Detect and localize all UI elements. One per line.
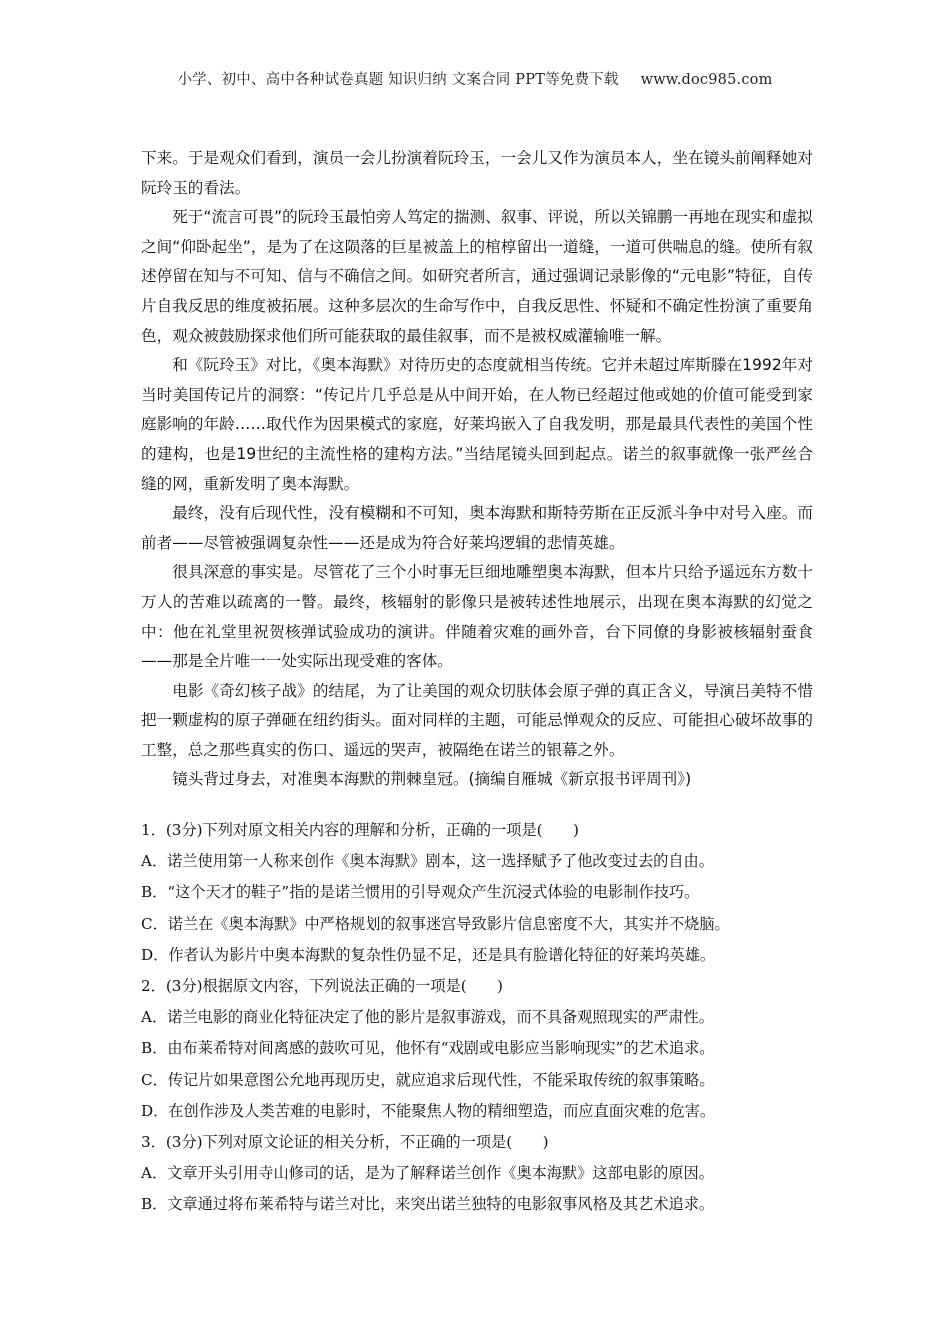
question-2: 2．(3分)根据原文内容，下列说法正确的一项是( ) A．诺兰电影的商业化特征决… [141,971,821,1127]
question-stem: 2．(3分)根据原文内容，下列说法正确的一项是( ) [141,971,821,1002]
article-paragraph: 最终，没有后现代性，没有模糊和不可知，奥本海默和斯特劳斯在正反派斗争中对号入座。… [141,499,813,558]
question-option-a: A．文章开头引用寺山修司的话，是为了解释诺兰创作《奥本海默》这部电影的原因。 [141,1158,821,1189]
question-stem: 3．(3分)下列对原文论证的相关分析，不正确的一项是( ) [141,1127,821,1158]
article-paragraph: 镜头背过身去，对准奥本海默的荆棘皇冠。(摘编自雁城《新京报书评周刊》) [141,765,813,795]
questions-section: 1．(3分)下列对原文相关内容的理解和分析，正确的一项是( ) A．诺兰使用第一… [141,815,821,1221]
article-paragraph: 和《阮玲玉》对比，《奥本海默》对待历史的态度就相当传统。它并未超过库斯滕在199… [141,351,813,499]
header-website: www.doc985.com [641,72,773,88]
question-option-c: C．传记片如果意图公允地再现历史，就应追求后现代性，不能采取传统的叙事策略。 [141,1065,821,1096]
question-option-c: C．诺兰在《奥本海默》中严格规划的叙事迷宫导致影片信息密度不大，其实并不烧脑。 [141,909,821,940]
question-1: 1．(3分)下列对原文相关内容的理解和分析，正确的一项是( ) A．诺兰使用第一… [141,815,821,971]
question-stem: 1．(3分)下列对原文相关内容的理解和分析，正确的一项是( ) [141,815,821,846]
article-body: 下来。于是观众们看到，演员一会儿扮演着阮玲玉，一会儿又作为演员本人，坐在镜头前阐… [141,144,813,795]
article-paragraph: 很具深意的事实是。尽管花了三个小时事无巨细地雕塑奥本海默，但本片只给予遥远东方数… [141,558,813,676]
article-paragraph: 电影《奇幻核子战》的结尾，为了让美国的观众切肤体会原子弹的真正含义，导演吕美特不… [141,677,813,766]
question-option-b: B．“这个天才的鞋子”指的是诺兰惯用的引导观众产生沉浸式体验的电影制作技巧。 [141,877,821,908]
question-option-d: D．作者认为影片中奥本海默的复杂性仍显不足，还是具有脸谱化特征的好莱坞英雄。 [141,940,821,971]
article-paragraph: 死于“流言可畏”的阮玲玉最怕旁人笃定的揣测、叙事、评说，所以关锦鹏一再地在现实和… [141,203,813,351]
page-header: 小学、初中、高中各种试卷真题 知识归纳 文案合同 PPT等免费下载www.doc… [0,68,950,89]
question-3: 3．(3分)下列对原文论证的相关分析，不正确的一项是( ) A．文章开头引用寺山… [141,1127,821,1221]
question-option-d: D．在创作涉及人类苦难的电影时，不能聚焦人物的精细塑造，而应直面灾难的危害。 [141,1096,821,1127]
header-tagline: 小学、初中、高中各种试卷真题 知识归纳 文案合同 PPT等免费下载 [177,72,618,88]
question-option-a: A．诺兰使用第一人称来创作《奥本海默》剧本，这一选择赋予了他改变过去的自由。 [141,846,821,877]
article-paragraph: 下来。于是观众们看到，演员一会儿扮演着阮玲玉，一会儿又作为演员本人，坐在镜头前阐… [141,144,813,203]
question-option-b: B．文章通过将布莱希特与诺兰对比，来突出诺兰独特的电影叙事风格及其艺术追求。 [141,1189,821,1220]
question-option-b: B．由布莱希特对间离感的鼓吹可见，他怀有“戏剧或电影应当影响现实”的艺术追求。 [141,1033,821,1064]
question-option-a: A．诺兰电影的商业化特征决定了他的影片是叙事游戏，而不具备观照现实的严肃性。 [141,1002,821,1033]
